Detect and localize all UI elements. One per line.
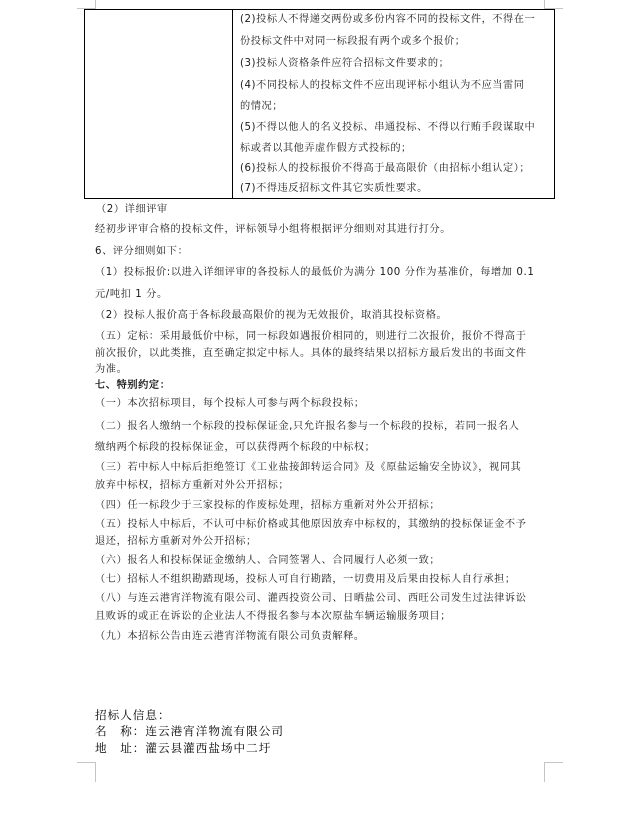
table-line: (6)投标人的投标报价不得高于最高限价（由招标小组认定）； [240,162,530,176]
paragraph-line: （五）定标：采用最低价中标，同一标段如遇报价相同的，则进行二次报价，报价不得高于 [95,330,527,344]
table-line: (4)不同投标人的投标文件不应出现评标小组认为不应当雷同 [240,79,525,93]
paragraph-line: 缴纳两个标段的投标保证金，可以获得两个标段的中标权； [95,441,375,455]
paragraph-line: （一）本次招标项目，每个投标人可参与两个标段投标； [95,397,365,411]
paragraph-line: （九）本招标公告由连云港宵洋物流有限公司负责解释。 [95,630,365,644]
paragraph-line: （七）招标人不组织勘踏现场，投标人可自行勘踏，一切费用及后果由投标人自行承担； [95,573,516,587]
paragraph-line: 且败诉的或正在诉讼的企业法人不得报名参与本次原盐车辆运输服务项目； [95,610,451,624]
paragraph-line: （八）与连云港宵洋物流有限公司、灌西投资公司、日晒盐公司、西旺公司发生过法律诉讼 [95,592,527,606]
tenderer-name-label: 名 称： [95,724,145,738]
paragraph-line: 元/吨扣 1 分。 [95,288,168,302]
table-line: (5)不得以他人的名义投标、串通投标、不得以行贿手段谋取中 [240,121,535,135]
tenderer-address-label: 地 址： [95,741,145,755]
special-provisions-heading: 七、特别约定： [95,379,171,393]
table-line: (3)投标人资格条件应符合招标文件要求的； [240,57,449,71]
tenderer-name-row: 名 称：连云港宵洋物流有限公司 [95,723,284,739]
table-line: 的情况； [240,100,283,114]
section-detailed-review-heading: （2）详细评审 [96,203,168,217]
document-page: (2)投标人不得递交两份或多份内容不同的投标文件，不得在一 份投标文件中对同一标… [0,0,638,835]
crop-mark-bottom-right-h [544,762,563,763]
table-column-divider [232,10,233,198]
paragraph-line: （2）投标人报价高于各标段最高限价的视为无效报价，取消其投标资格。 [95,309,447,323]
paragraph-line: （三）若中标人中标后拒绝签订《工业盐接卸转运合同》及《原盐运输安全协议》，视同其 [95,461,521,475]
paragraph-line: （1）投标报价:以进入详细评审的各投标人的最低价为满分 100 分作为基准价，每… [95,266,534,280]
paragraph-line: 为准。 [95,363,127,377]
paragraph-line: 退还，招标方重新对外公开招标； [95,535,257,549]
table-line: 份投标文件中对同一标段报有两个或多个报价； [240,35,466,49]
tenderer-address-value: 灌云县灌西盐场中二圩 [145,741,271,755]
requirements-table: (2)投标人不得递交两份或多份内容不同的投标文件，不得在一 份投标文件中对同一标… [84,9,555,199]
paragraph-line: （五）投标人中标后，不认可中标价格或其他原因放弃中标权的，其缴纳的投标保证金不予 [95,518,527,532]
paragraph-line: （四）任一标段少于三家投标的作废标处理，招标方重新对外公开招标； [95,499,440,513]
table-line: 标或者以其他弄虚作假方式投标的； [240,142,412,156]
paragraph-line: （二）报名人缴纳一个标段的投标保证金,只允许报名参与一个标段的投标，若同一报名人 [95,420,520,434]
table-line: (2)投标人不得递交两份或多份内容不同的投标文件，不得在一 [240,13,535,27]
paragraph-line: 经初步评审合格的投标文件，评标领导小组将根据评分细则对其进行打分。 [95,223,451,237]
paragraph-line: （六）报名人和投标保证金缴纳人、合同签署人、合同履行人必须一致； [95,554,440,568]
table-cell-right: (2)投标人不得递交两份或多份内容不同的投标文件，不得在一 份投标文件中对同一标… [240,10,548,198]
crop-mark-bottom-right-v [544,762,545,782]
paragraph-line: 放弃中标权，招标方重新对外公开招标； [95,479,289,493]
table-cell-left [85,10,232,198]
crop-mark-bottom-left-v [95,762,96,782]
paragraph-line: 前次报价，以此类推，直至确定拟定中标人。具体的最终结果以招标方最后发出的书面文件 [95,347,527,361]
scoring-rules-heading: 6、评分细则如下： [95,245,188,259]
tenderer-address-row: 地 址：灌云县灌西盐场中二圩 [95,740,271,756]
crop-mark-bottom-left-h [77,762,96,763]
table-line: (7)不得违反招标文件其它实质性要求。 [240,182,428,196]
tenderer-name-value: 连云港宵洋物流有限公司 [145,724,284,738]
tenderer-info-heading: 招标人信息： [95,707,171,723]
